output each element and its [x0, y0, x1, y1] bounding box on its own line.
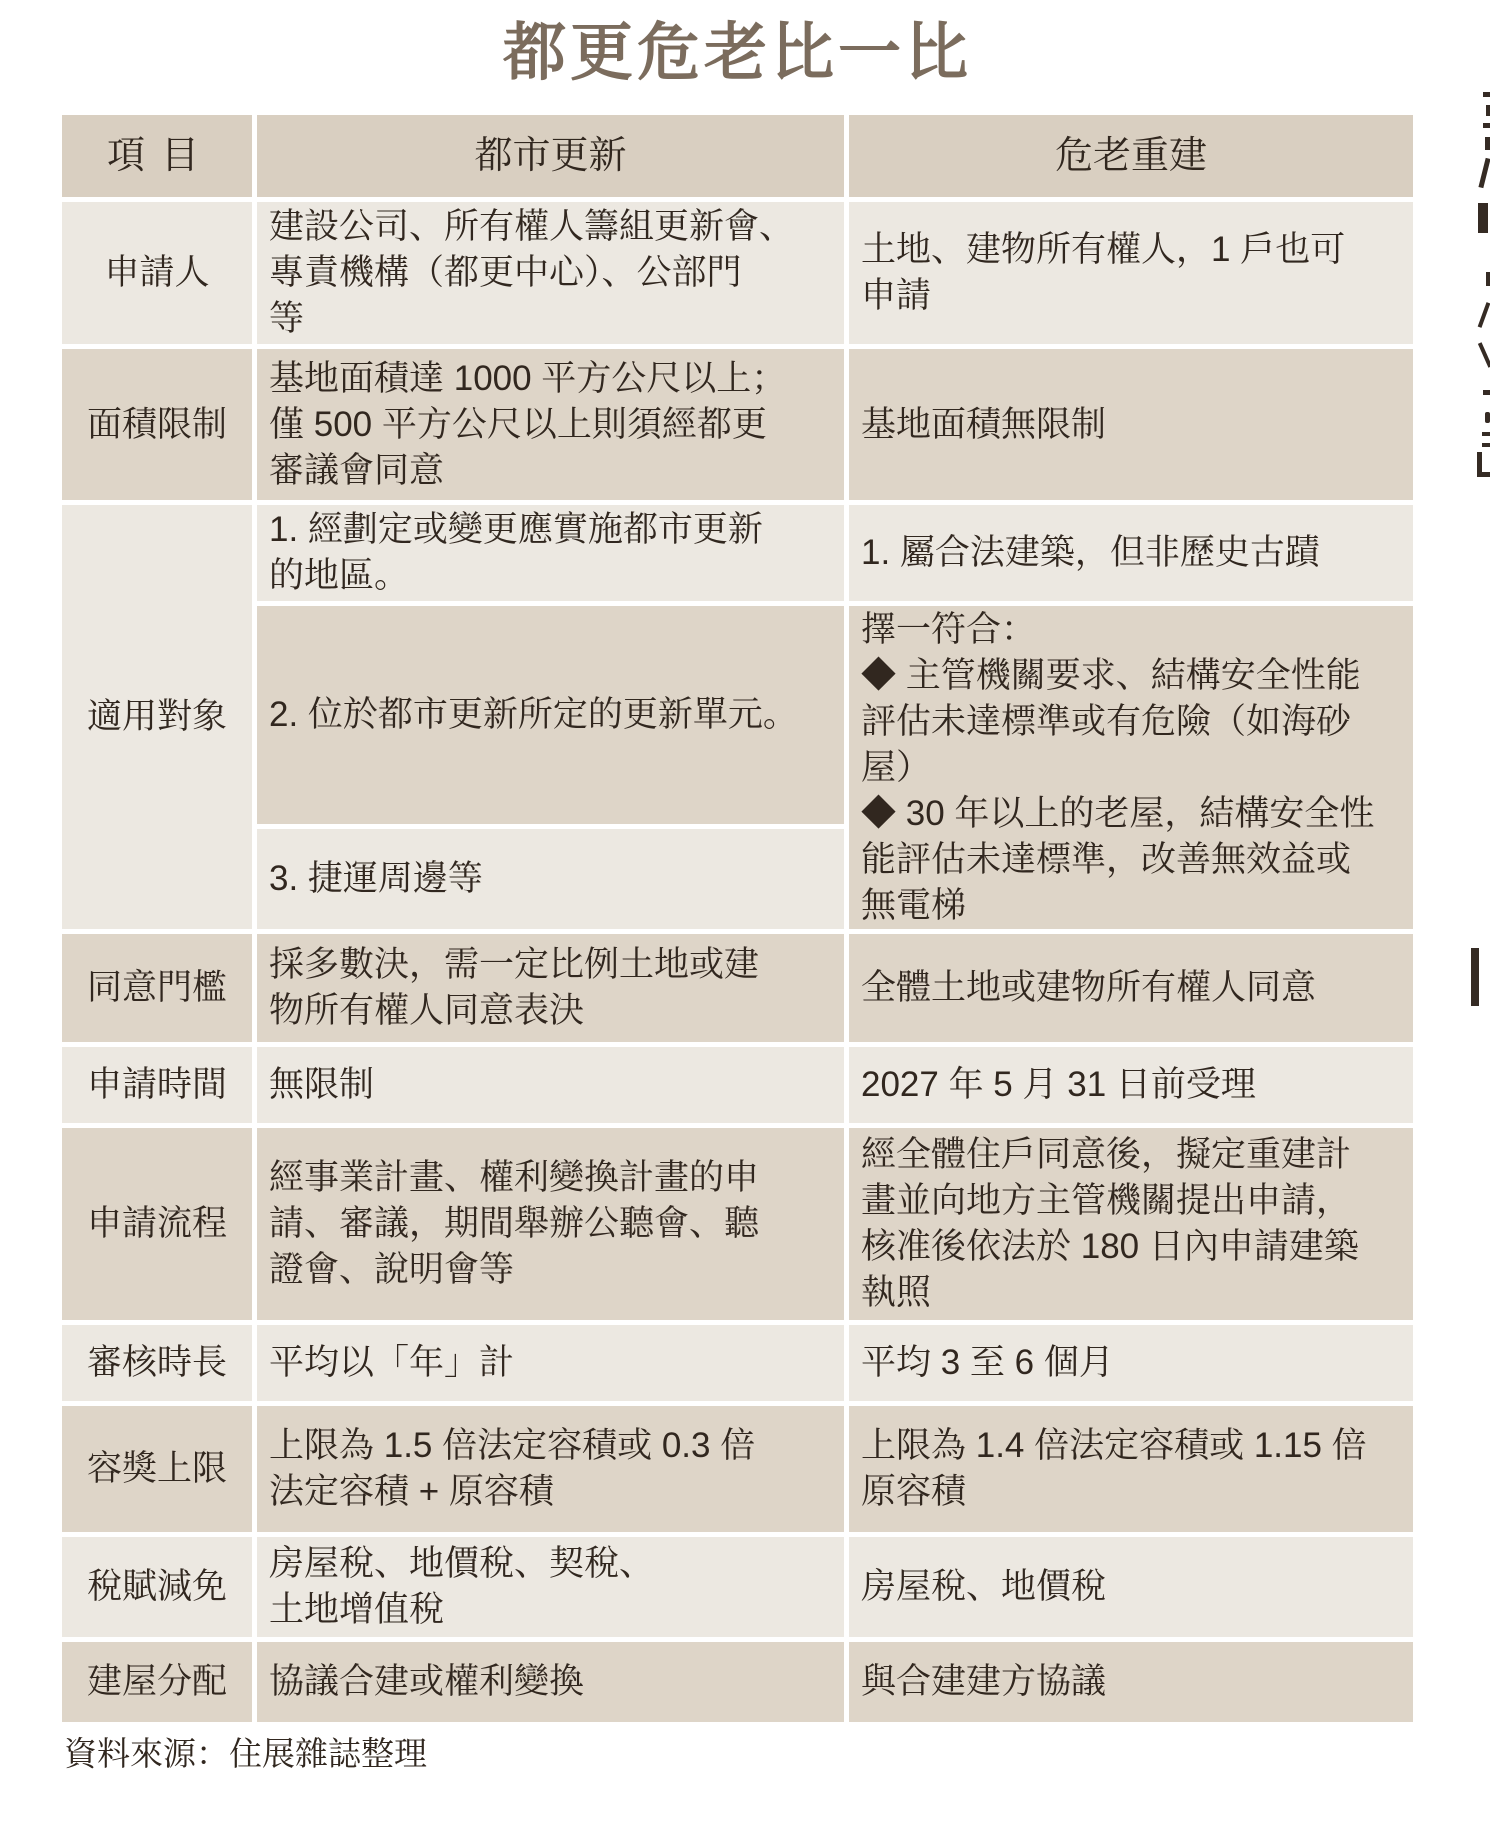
edge-fragment — [1478, 302, 1490, 328]
header-urban-renewal: 都市更新 — [257, 115, 844, 197]
edge-fragment — [1486, 105, 1490, 116]
row-applicant-label: 申請人 — [62, 202, 252, 344]
row-consent-label: 同意門檻 — [62, 934, 252, 1042]
edge-fragment — [1471, 948, 1479, 1006]
row-area-label: 面積限制 — [62, 349, 252, 500]
row-bonus-weilao: 上限為 1.4 倍法定容積或 1.15 倍 原容積 — [849, 1406, 1413, 1532]
edge-fragment — [1483, 390, 1490, 395]
row-applicant-urban: 建設公司、所有權人籌組更新會、 專責機構（都更中心）、公部門 等 — [257, 202, 844, 344]
row-target-weilao-1: 1. 屬合法建築，但非歷史古蹟 — [849, 505, 1413, 601]
row-tax-weilao: 房屋稅、地價稅 — [849, 1537, 1413, 1637]
row-area-urban: 基地面積達 1000 平方公尺以上； 僅 500 平方公尺以上則須經都更 審議會… — [257, 349, 844, 500]
row-consent-urban: 採多數決，需一定比例土地或建 物所有權人同意表決 — [257, 934, 844, 1042]
row-bonus-label: 容獎上限 — [62, 1406, 252, 1532]
row-review-weilao: 平均 3 至 6 個月 — [849, 1325, 1413, 1401]
row-time-weilao: 2027 年 5 月 31 日前受理 — [849, 1047, 1413, 1123]
row-time-label: 申請時間 — [62, 1047, 252, 1123]
row-target-urban-1: 1. 經劃定或變更應實施都市更新 的地區。 — [257, 505, 844, 601]
page-title: 都更危老比一比 — [62, 4, 1413, 100]
row-alloc-urban: 協議合建或權利變換 — [257, 1642, 844, 1722]
edge-fragment — [1485, 137, 1490, 150]
row-review-urban: 平均以「年」計 — [257, 1325, 844, 1401]
edge-fragment — [1477, 452, 1490, 477]
row-time-urban: 無限制 — [257, 1047, 844, 1123]
row-process-urban: 經事業計畫、權利變換計畫的申 請、審議，期間舉辦公聽會、聽 證會、說明會等 — [257, 1128, 844, 1320]
header-weilao-rebuild: 危老重建 — [849, 115, 1413, 197]
edge-fragment — [1483, 92, 1490, 97]
edge-fragment — [1478, 158, 1490, 188]
row-consent-weilao: 全體土地或建物所有權人同意 — [849, 934, 1413, 1042]
row-tax-label: 稅賦減免 — [62, 1537, 252, 1637]
edge-fragment — [1483, 123, 1490, 128]
row-area-weilao: 基地面積無限制 — [849, 349, 1413, 500]
header-item: 項目 — [62, 115, 252, 197]
edge-fragment — [1478, 342, 1490, 367]
edge-fragment — [1478, 203, 1488, 233]
row-process-label: 申請流程 — [62, 1128, 252, 1320]
edge-fragment — [1482, 432, 1490, 436]
row-bonus-urban: 上限為 1.5 倍法定容積或 0.3 倍 法定容積 + 原容積 — [257, 1406, 844, 1532]
source-note: 資料來源：住展雜誌整理 — [64, 1732, 427, 1776]
row-process-weilao: 經全體住戶同意後，擬定重建計 畫並向地方主管機關提出申請， 核准後依法於 180… — [849, 1128, 1413, 1320]
row-alloc-label: 建屋分配 — [62, 1642, 252, 1722]
row-target-urban-3: 3. 捷運周邊等 — [257, 829, 844, 929]
row-tax-urban: 房屋稅、地價稅、契稅、 土地增值稅 — [257, 1537, 844, 1637]
row-alloc-weilao: 與合建建方協議 — [849, 1642, 1413, 1722]
comparison-table: 項目 都市更新 危老重建 申請人 建設公司、所有權人籌組更新會、 專責機構（都更… — [62, 115, 1413, 1722]
row-applicant-weilao: 土地、建物所有權人，1 戶也可 申請 — [849, 202, 1413, 344]
edge-fragment — [1485, 412, 1490, 423]
edge-fragment — [1482, 443, 1490, 447]
row-review-label: 審核時長 — [62, 1325, 252, 1401]
row-target-urban-2: 2. 位於都市更新所定的更新單元。 — [257, 606, 844, 824]
edge-fragment — [1486, 272, 1490, 286]
row-target-label: 適用對象 — [62, 505, 252, 929]
row-target-weilao-2-3: 擇一符合： ◆ 主管機關要求、結構安全性能 評估未達標準或有危險（如海砂 屋） … — [849, 606, 1413, 929]
